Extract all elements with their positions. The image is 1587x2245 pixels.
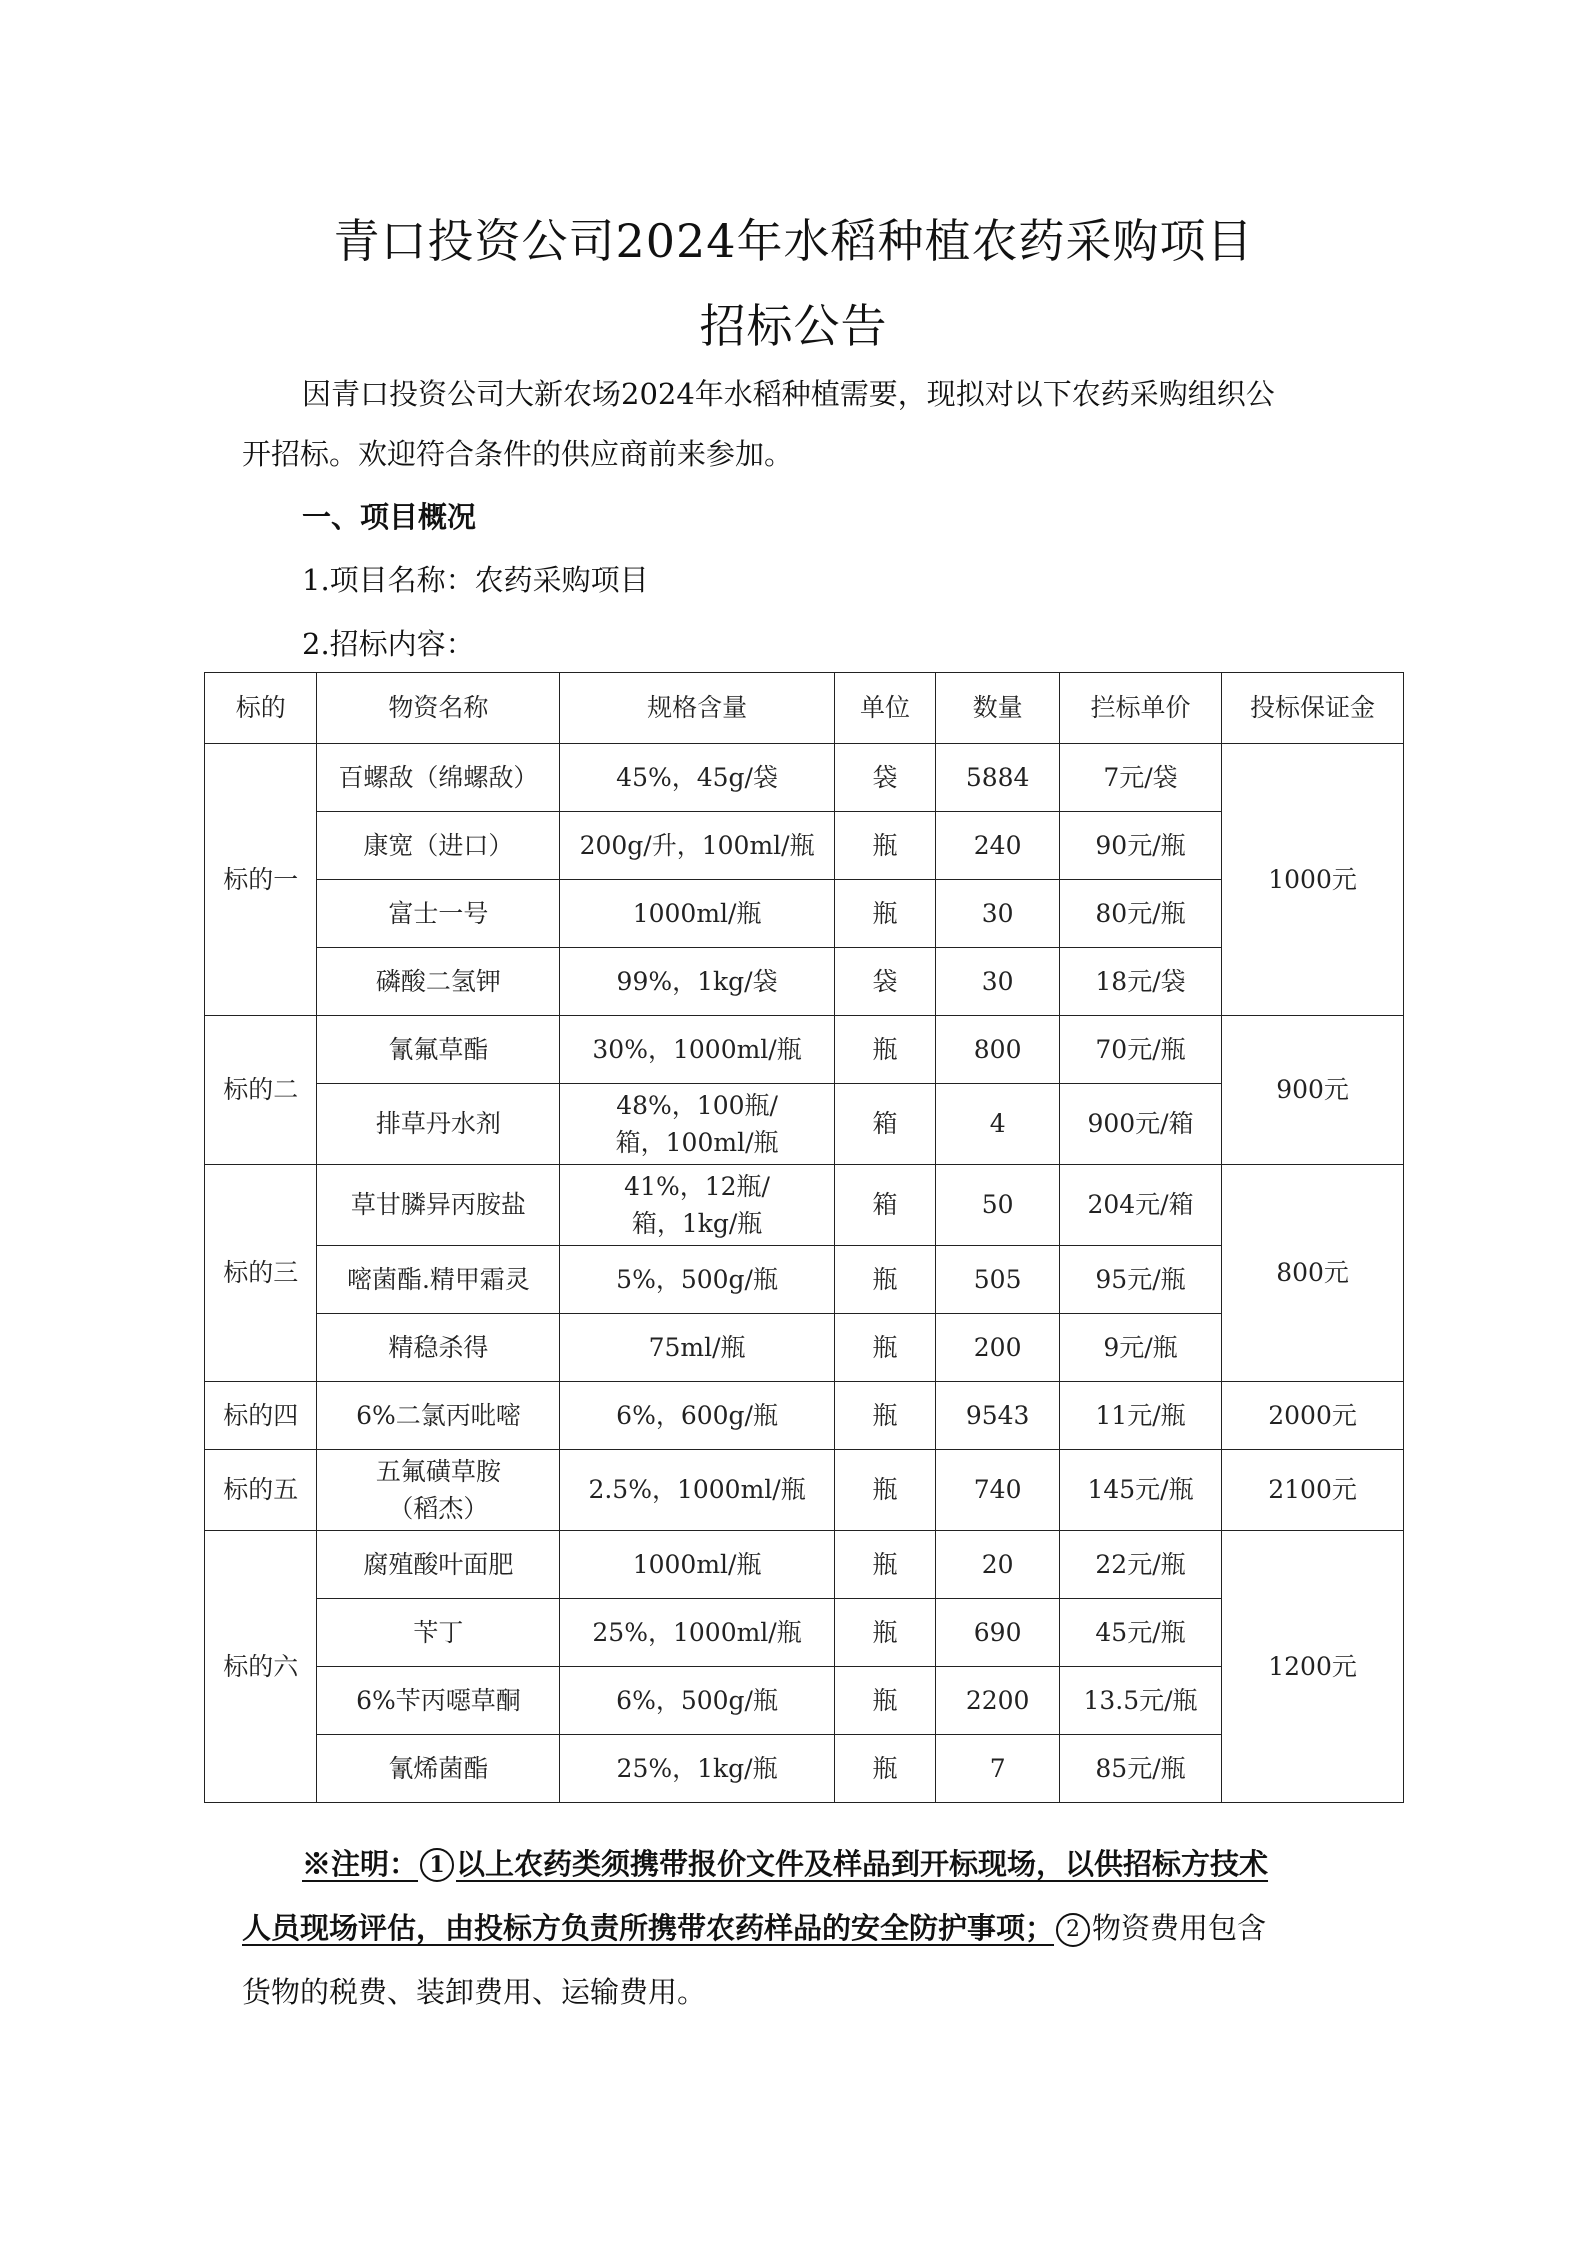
price-cell: 22元/瓶: [1059, 1531, 1221, 1599]
project-name-item: 1.项目名称：农药采购项目: [302, 558, 1452, 599]
price-cell: 9元/瓶: [1059, 1314, 1221, 1382]
unit-cell: 箱: [834, 1165, 936, 1246]
price-cell: 13.5元/瓶: [1059, 1667, 1221, 1735]
bid-content-item: 2.招标内容：: [302, 622, 1452, 663]
quantity-cell: 200: [936, 1314, 1060, 1382]
quantity-cell: 505: [936, 1246, 1060, 1314]
quantity-cell: 4: [936, 1084, 1060, 1165]
material-name-cell: 氰氟草酯: [317, 1016, 560, 1084]
document-page: 青口投资公司2024年水稻种植农药采购项目 招标公告 因青口投资公司大新农场20…: [0, 0, 1587, 2245]
material-name-cell: 6%苄丙噁草酮: [317, 1667, 560, 1735]
spec-cell: 200g/升，100ml/瓶: [560, 812, 834, 880]
table-row: 标的四 6%二氯丙吡嘧 6%，600g/瓶 瓶 9543 11元/瓶 2000元: [205, 1382, 1404, 1450]
unit-cell: 瓶: [834, 1599, 936, 1667]
quantity-cell: 50: [936, 1165, 1060, 1246]
header-deposit: 投标保证金: [1222, 673, 1404, 744]
lot-cell: 标的一: [205, 744, 317, 1016]
material-name-cell: 百螺敌（绵螺敌）: [317, 744, 560, 812]
intro-paragraph-line2: 开招标。欢迎符合条件的供应商前来参加。: [242, 432, 1392, 473]
material-name-cell: 排草丹水剂: [317, 1084, 560, 1165]
price-cell: 204元/箱: [1059, 1165, 1221, 1246]
header-price-cap: 拦标单价: [1059, 673, 1221, 744]
note-part1-line2: 人员现场评估，由投标方负责所携带农药样品的安全防护事项；: [242, 1911, 1054, 1945]
lot-cell: 标的四: [205, 1382, 317, 1450]
lot-cell: 标的二: [205, 1016, 317, 1165]
price-cell: 7元/袋: [1059, 744, 1221, 812]
unit-cell: 瓶: [834, 812, 936, 880]
circled-number-1-icon: 1: [420, 1848, 454, 1882]
header-unit: 单位: [834, 673, 936, 744]
spec-cell: 2.5%，1000ml/瓶: [560, 1450, 834, 1531]
deposit-cell: 2000元: [1222, 1382, 1404, 1450]
quantity-cell: 5884: [936, 744, 1060, 812]
price-cell: 95元/瓶: [1059, 1246, 1221, 1314]
material-name-cell: 康宽（进口）: [317, 812, 560, 880]
unit-cell: 瓶: [834, 1531, 936, 1599]
lot-cell: 标的六: [205, 1531, 317, 1803]
price-cell: 45元/瓶: [1059, 1599, 1221, 1667]
header-lot: 标的: [205, 673, 317, 744]
material-name-cell: 苄丁: [317, 1599, 560, 1667]
quantity-cell: 800: [936, 1016, 1060, 1084]
spec-cell: 5%，500g/瓶: [560, 1246, 834, 1314]
table-row: 标的六 腐殖酸叶面肥 1000ml/瓶 瓶 20 22元/瓶 1200元: [205, 1531, 1404, 1599]
note-part1-line1: 以上农药类须携带报价文件及样品到开标现场，以供招标方技术: [456, 1847, 1268, 1881]
quantity-cell: 690: [936, 1599, 1060, 1667]
spec-cell: 25%，1kg/瓶: [560, 1735, 834, 1803]
unit-cell: 瓶: [834, 1667, 936, 1735]
quantity-cell: 740: [936, 1450, 1060, 1531]
unit-cell: 瓶: [834, 1382, 936, 1450]
price-cell: 70元/瓶: [1059, 1016, 1221, 1084]
note-line3: 货物的税费、装卸费用、运输费用。: [242, 1960, 1392, 2024]
circled-number-2-icon: 2: [1056, 1913, 1090, 1947]
table-row: 标的二 氰氟草酯 30%，1000ml/瓶 瓶 800 70元/瓶 900元: [205, 1016, 1404, 1084]
material-name-cell: 嘧菌酯.精甲霜灵: [317, 1246, 560, 1314]
quantity-cell: 7: [936, 1735, 1060, 1803]
price-cell: 85元/瓶: [1059, 1735, 1221, 1803]
unit-cell: 瓶: [834, 880, 936, 948]
quantity-cell: 30: [936, 948, 1060, 1016]
material-name-cell: 草甘膦异丙胺盐: [317, 1165, 560, 1246]
material-name-cell: 五氟磺草胺（稻杰）: [317, 1450, 560, 1531]
unit-cell: 箱: [834, 1084, 936, 1165]
table-row: 标的一 百螺敌（绵螺敌） 45%，45g/袋 袋 5884 7元/袋 1000元: [205, 744, 1404, 812]
note-line2: 人员现场评估，由投标方负责所携带农药样品的安全防护事项；2物资费用包含: [242, 1896, 1392, 1960]
price-cell: 80元/瓶: [1059, 880, 1221, 948]
deposit-cell: 900元: [1222, 1016, 1404, 1165]
spec-cell: 41%，12瓶/箱，1kg/瓶: [560, 1165, 834, 1246]
spec-cell: 48%，100瓶/箱，100ml/瓶: [560, 1084, 834, 1165]
unit-cell: 袋: [834, 948, 936, 1016]
bid-items-table: 标的 物资名称 规格含量 单位 数量 拦标单价 投标保证金 标的一 百螺敌（绵螺…: [204, 672, 1404, 1803]
spec-cell: 1000ml/瓶: [560, 880, 834, 948]
table-header-row: 标的 物资名称 规格含量 单位 数量 拦标单价 投标保证金: [205, 673, 1404, 744]
note-part2-line2: 物资费用包含: [1092, 1911, 1266, 1945]
deposit-cell: 1200元: [1222, 1531, 1404, 1803]
header-quantity: 数量: [936, 673, 1060, 744]
intro-paragraph-line1: 因青口投资公司大新农场2024年水稻种植需要，现拟对以下农药采购组织公: [302, 372, 1402, 413]
price-cell: 900元/箱: [1059, 1084, 1221, 1165]
unit-cell: 瓶: [834, 1450, 936, 1531]
material-name-cell: 精稳杀得: [317, 1314, 560, 1382]
unit-cell: 瓶: [834, 1016, 936, 1084]
unit-cell: 袋: [834, 744, 936, 812]
price-cell: 11元/瓶: [1059, 1382, 1221, 1450]
unit-cell: 瓶: [834, 1314, 936, 1382]
spec-cell: 6%，500g/瓶: [560, 1667, 834, 1735]
spec-cell: 75ml/瓶: [560, 1314, 834, 1382]
spec-cell: 1000ml/瓶: [560, 1531, 834, 1599]
table-row: 标的五 五氟磺草胺（稻杰） 2.5%，1000ml/瓶 瓶 740 145元/瓶…: [205, 1450, 1404, 1531]
note-line1: ※注明：1以上农药类须携带报价文件及样品到开标现场，以供招标方技术: [302, 1832, 1392, 1896]
quantity-cell: 30: [936, 880, 1060, 948]
unit-cell: 瓶: [834, 1735, 936, 1803]
deposit-cell: 1000元: [1222, 744, 1404, 1016]
quantity-cell: 9543: [936, 1382, 1060, 1450]
price-cell: 90元/瓶: [1059, 812, 1221, 880]
material-name-cell: 富士一号: [317, 880, 560, 948]
lot-cell: 标的三: [205, 1165, 317, 1382]
lot-cell: 标的五: [205, 1450, 317, 1531]
section-heading-overview: 一、项目概况: [302, 495, 1452, 536]
header-spec: 规格含量: [560, 673, 834, 744]
deposit-cell: 2100元: [1222, 1450, 1404, 1531]
document-subtitle: 招标公告: [0, 290, 1587, 356]
quantity-cell: 240: [936, 812, 1060, 880]
table-row: 标的三 草甘膦异丙胺盐 41%，12瓶/箱，1kg/瓶 箱 50 204元/箱 …: [205, 1165, 1404, 1246]
material-name-cell: 腐殖酸叶面肥: [317, 1531, 560, 1599]
spec-cell: 99%，1kg/袋: [560, 948, 834, 1016]
material-name-cell: 磷酸二氢钾: [317, 948, 560, 1016]
note-prefix: ※注明：: [302, 1847, 418, 1881]
unit-cell: 瓶: [834, 1246, 936, 1314]
material-name-cell: 氰烯菌酯: [317, 1735, 560, 1803]
quantity-cell: 2200: [936, 1667, 1060, 1735]
deposit-cell: 800元: [1222, 1165, 1404, 1382]
spec-cell: 45%，45g/袋: [560, 744, 834, 812]
price-cell: 145元/瓶: [1059, 1450, 1221, 1531]
price-cell: 18元/袋: [1059, 948, 1221, 1016]
quantity-cell: 20: [936, 1531, 1060, 1599]
spec-cell: 6%，600g/瓶: [560, 1382, 834, 1450]
header-material-name: 物资名称: [317, 673, 560, 744]
spec-cell: 25%，1000ml/瓶: [560, 1599, 834, 1667]
material-name-cell: 6%二氯丙吡嘧: [317, 1382, 560, 1450]
document-title: 青口投资公司2024年水稻种植农药采购项目: [0, 205, 1587, 271]
spec-cell: 30%，1000ml/瓶: [560, 1016, 834, 1084]
